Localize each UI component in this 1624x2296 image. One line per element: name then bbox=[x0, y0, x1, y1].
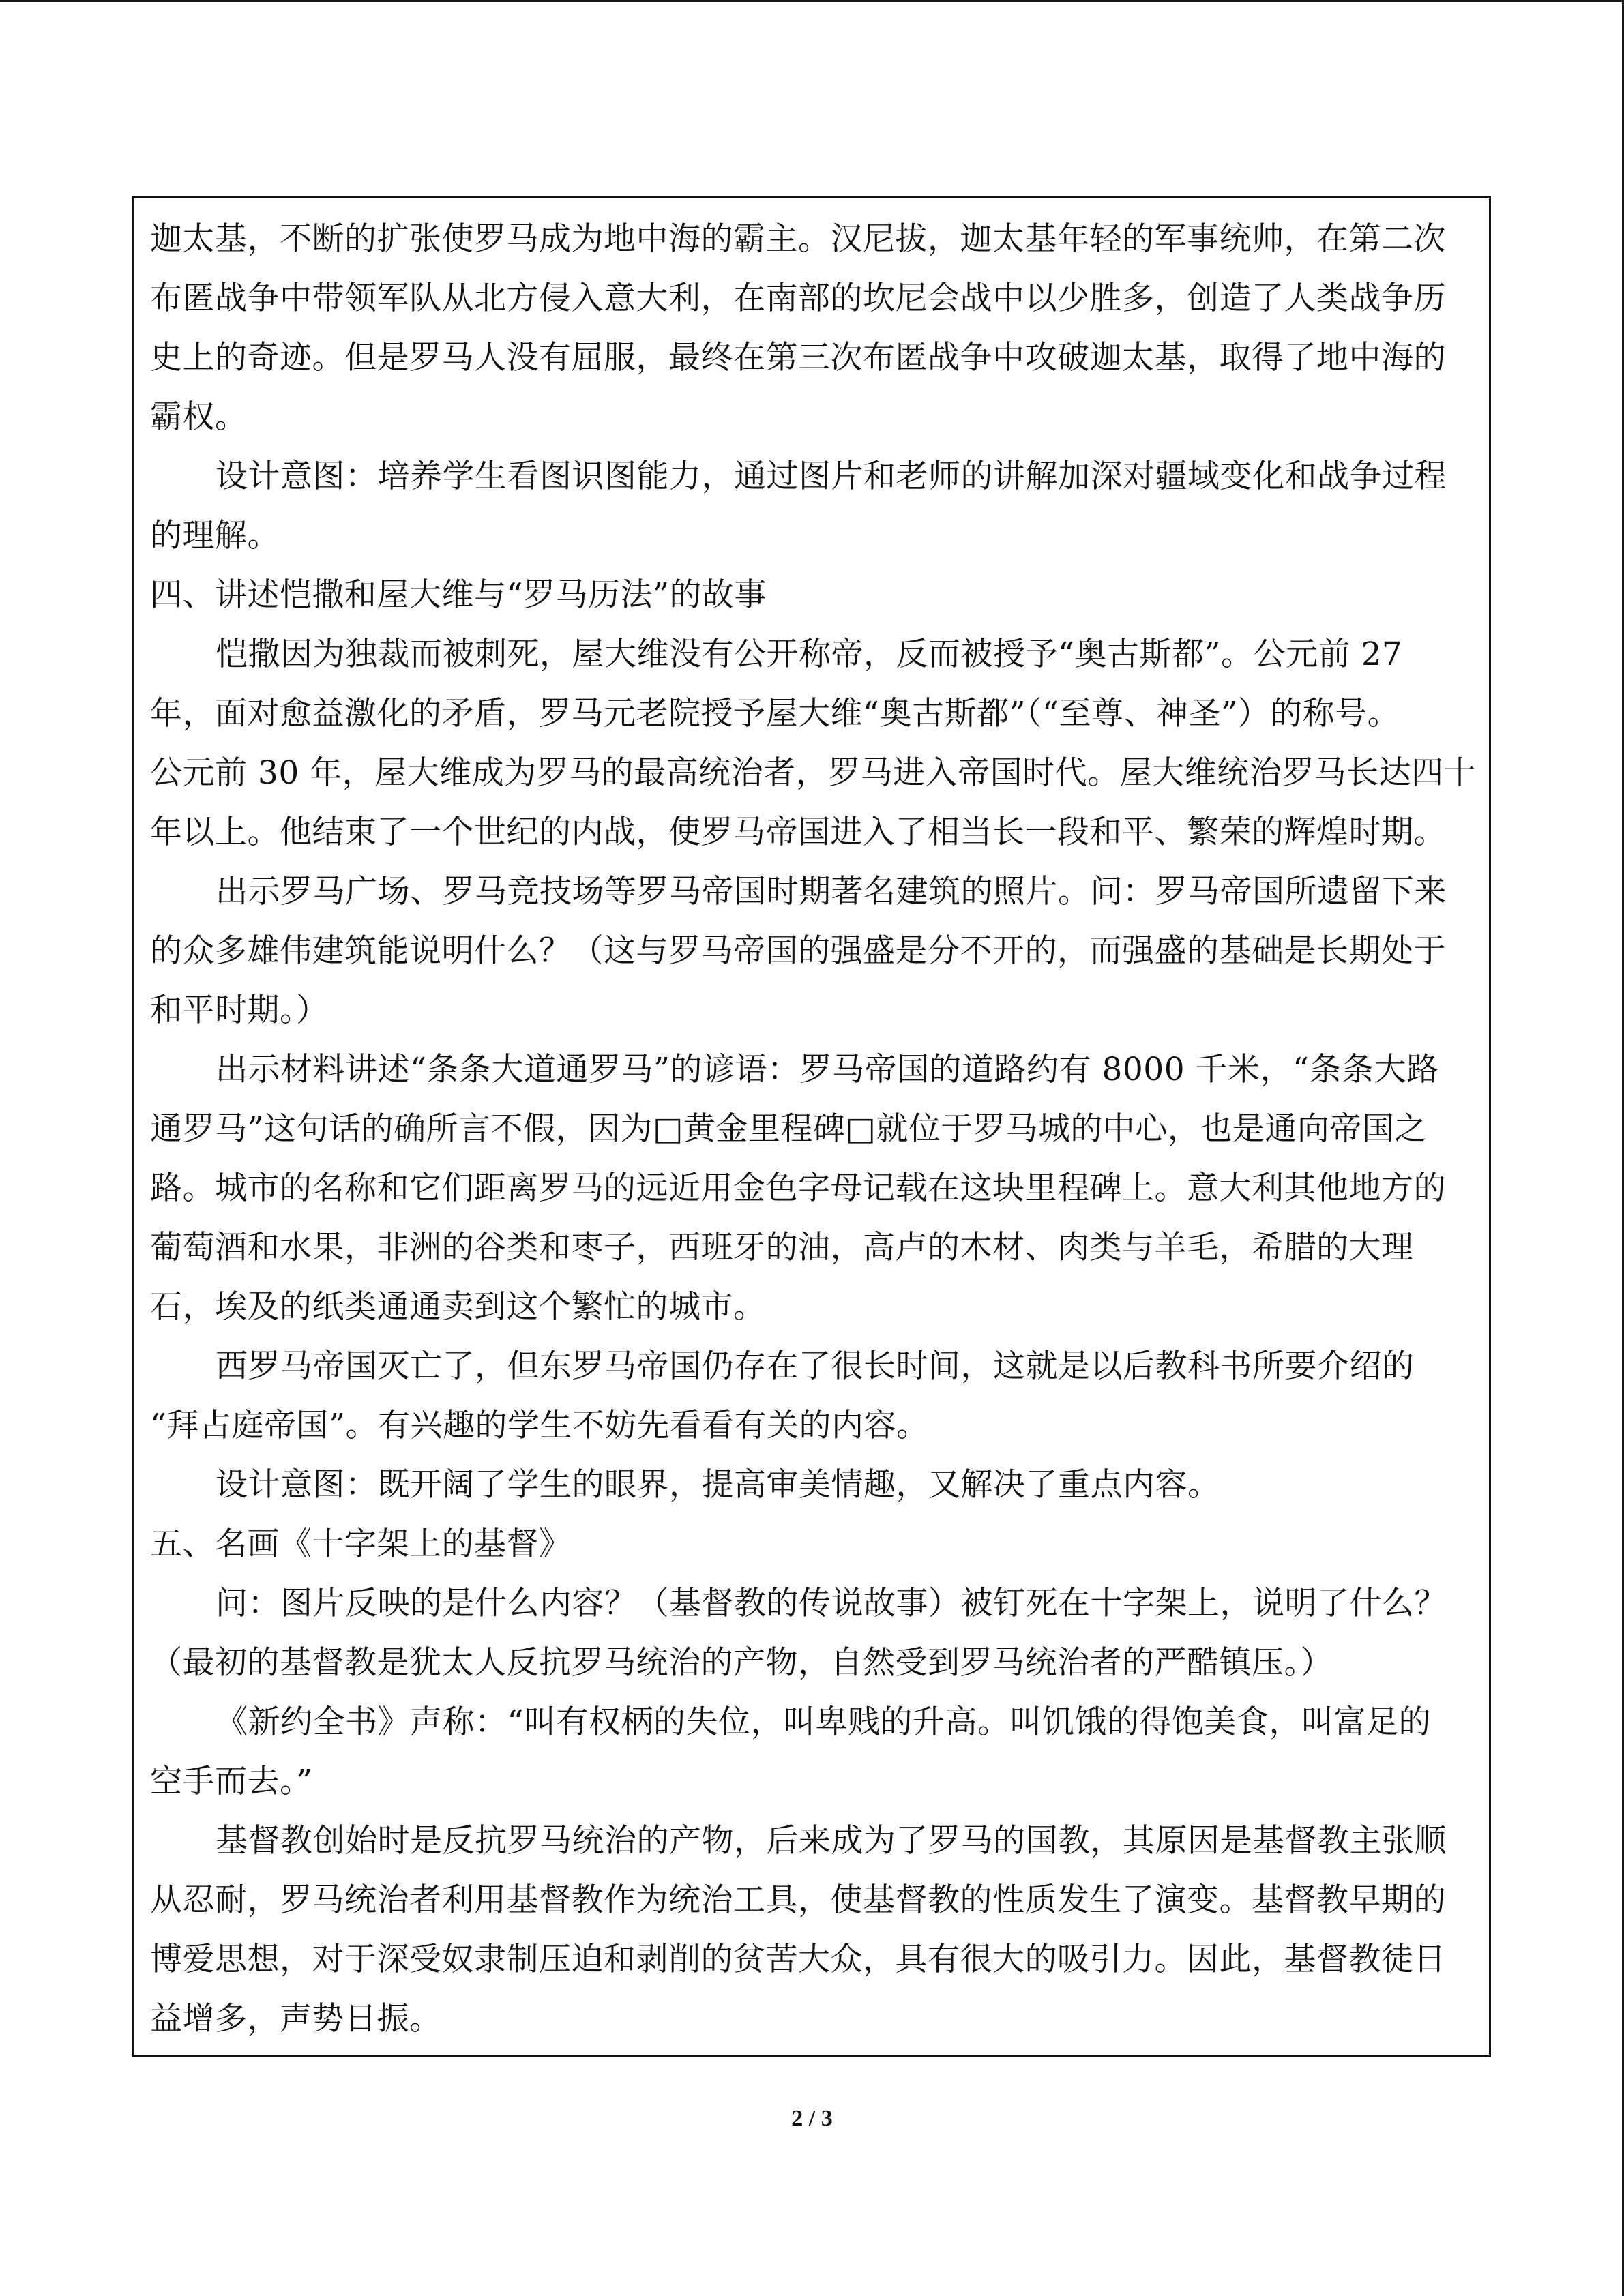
paragraph-start: 《新约全书》声称：“叫有权柄的失位，叫卑贱的升高。叫饥饿的得饱美食，叫富足的 bbox=[150, 1693, 1466, 1752]
text-line: 博爱思想，对于深受奴隶制压迫和剥削的贫苦大众，具有很大的吸引力。因此，基督教徒日 bbox=[150, 1930, 1466, 1989]
page-top-edge bbox=[0, 0, 1624, 2]
paragraph-start: 恺撒因为独裁而被刺死，屋大维没有公开称帝，反而被授予“奥古斯都”。公元前 27 bbox=[150, 625, 1466, 684]
text-line: 布匿战争中带领军队从北方侵入意大利，在南部的坎尼会战中以少胜多，创造了人类战争历 bbox=[150, 269, 1466, 328]
text-line: 年以上。他结束了一个世纪的内战，使罗马帝国进入了相当长一段和平、繁荣的辉煌时期。 bbox=[150, 803, 1466, 862]
text-line: 葡萄酒和水果，非洲的谷类和枣子，西班牙的油，高卢的木材、肉类与羊毛，希腊的大理 bbox=[150, 1218, 1466, 1277]
text-line: 路。城市的名称和它们距离罗马的远近用金色字母记载在这块里程碑上。意大利其他地方的 bbox=[150, 1159, 1466, 1218]
text-line: 石，埃及的纸类通通卖到这个繁忙的城市。 bbox=[150, 1277, 1466, 1337]
paragraph-start: 基督教创始时是反抗罗马统治的产物，后来成为了罗马的国教，其原因是基督教主张顺 bbox=[150, 1811, 1466, 1870]
text-line: 和平时期。） bbox=[150, 981, 1466, 1040]
design-intent-paragraph: 设计意图：培养学生看图识图能力，通过图片和老师的讲解加深对疆域变化和战争过程 bbox=[150, 447, 1466, 506]
text-line: 空手而去。” bbox=[150, 1752, 1466, 1811]
text-line: 霸权。 bbox=[150, 387, 1466, 447]
paragraph-start: 出示材料讲述“条条大道通罗马”的谚语：罗马帝国的道路约有 8000 千米，“条条… bbox=[150, 1040, 1466, 1099]
section-heading-5: 五、名画《十字架上的基督》 bbox=[150, 1515, 1466, 1574]
design-intent-paragraph: 设计意图：既开阔了学生的眼界，提高审美情趣，又解决了重点内容。 bbox=[150, 1455, 1466, 1515]
text-line: 史上的奇迹。但是罗马人没有屈服，最终在第三次布匿战争中攻破迦太基，取得了地中海的 bbox=[150, 328, 1466, 387]
text-line: 益增多，声势日振。 bbox=[150, 1989, 1466, 2048]
paragraph-start: 西罗马帝国灭亡了，但东罗马帝国仍存在了很长时间，这就是以后教科书所要介绍的 bbox=[150, 1337, 1466, 1396]
text-line: 通罗马”这句话的确所言不假，因为□黄金里程碑□就位于罗马城的中心，也是通向帝国之 bbox=[150, 1099, 1466, 1159]
paragraph-start: 问：图片反映的是什么内容？（基督教的传说故事）被钉死在十字架上，说明了什么？ bbox=[150, 1574, 1466, 1633]
text-line: 年，面对愈益激化的矛盾，罗马元老院授予屋大维“奥古斯都”（“至尊、神圣”）的称号… bbox=[150, 684, 1466, 743]
text-line: 的理解。 bbox=[150, 506, 1466, 565]
text-line: “拜占庭帝国”。有兴趣的学生不妨先看看有关的内容。 bbox=[150, 1396, 1466, 1455]
paragraph-start: 出示罗马广场、罗马竞技场等罗马帝国时期著名建筑的照片。问：罗马帝国所遗留下来 bbox=[150, 862, 1466, 921]
page-number: 2 / 3 bbox=[0, 2106, 1624, 2132]
lesson-content-cell: 迦太基，不断的扩张使罗马成为地中海的霸主。汉尼拔，迦太基年轻的军事统帅，在第二次… bbox=[132, 196, 1491, 2057]
lesson-text: 迦太基，不断的扩张使罗马成为地中海的霸主。汉尼拔，迦太基年轻的军事统帅，在第二次… bbox=[150, 209, 1466, 2048]
text-line: （最初的基督教是犹太人反抗罗马统治的产物，自然受到罗马统治者的严酷镇压。） bbox=[150, 1633, 1466, 1693]
text-line: 公元前 30 年，屋大维成为罗马的最高统治者，罗马进入帝国时代。屋大维统治罗马长… bbox=[150, 743, 1466, 803]
section-heading-4: 四、讲述恺撒和屋大维与“罗马历法”的故事 bbox=[150, 565, 1466, 625]
text-line: 迦太基，不断的扩张使罗马成为地中海的霸主。汉尼拔，迦太基年轻的军事统帅，在第二次 bbox=[150, 209, 1466, 269]
text-line: 从忍耐，罗马统治者利用基督教作为统治工具，使基督教的性质发生了演变。基督教早期的 bbox=[150, 1870, 1466, 1930]
text-line: 的众多雄伟建筑能说明什么？（这与罗马帝国的强盛是分不开的，而强盛的基础是长期处于 bbox=[150, 921, 1466, 981]
